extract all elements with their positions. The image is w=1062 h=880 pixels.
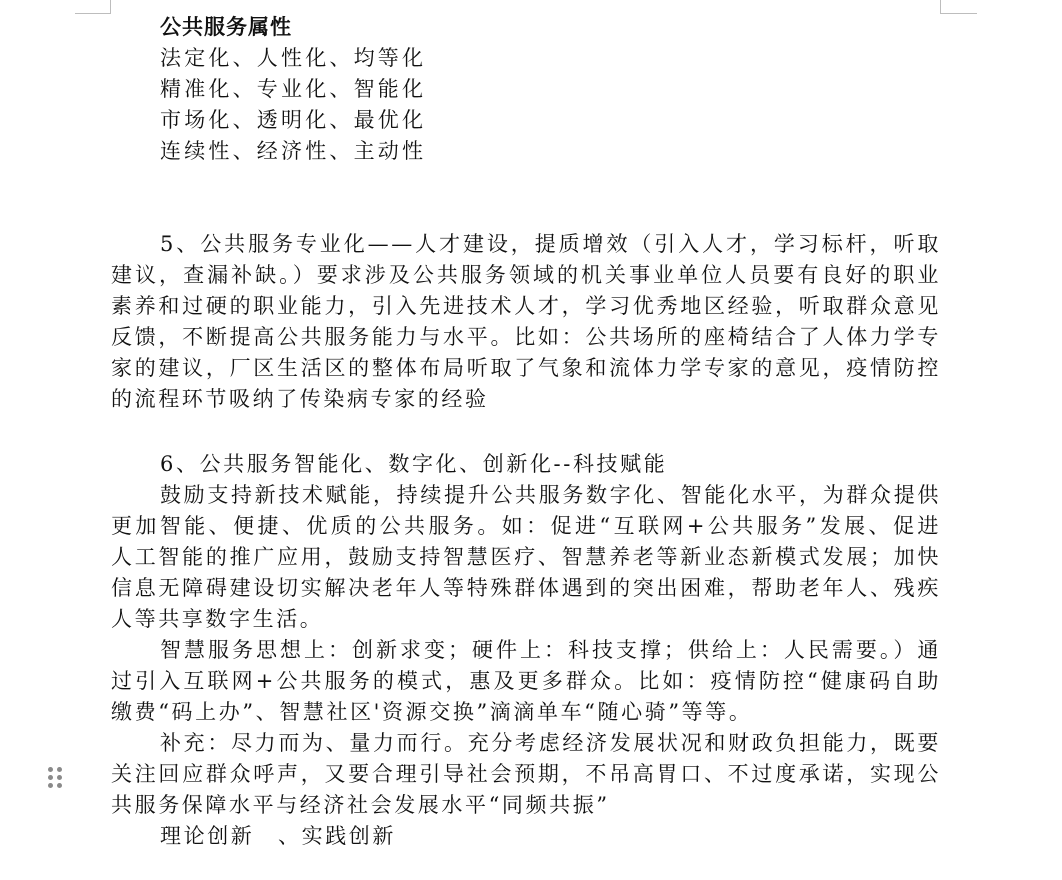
attributes-block: 公共服务属性 法定化、人性化、均等化 精准化、专业化、智能化 市场化、透明化、最… (111, 12, 941, 167)
paragraph-line: 鼓励支持新技术赋能，持续提升公共服务数字化、智能化水平，为群众提供 (111, 480, 941, 511)
paragraph-line: 反馈，不断提高公共服务能力与水平。比如：公共场所的座椅结合了人体力学专 (111, 322, 941, 353)
paragraph-line: 更加智能、便捷、优质的公共服务。如：促进“互联网+公共服务”发展、促进 (111, 511, 941, 542)
attribute-line: 精准化、专业化、智能化 (111, 74, 941, 105)
paragraph-line: 过引入互联网+公共服务的模式，惠及更多群众。比如：疫情防控“健康码自助 (111, 666, 941, 697)
paragraph-line: 的流程环节吸纳了传染病专家的经验 (111, 384, 941, 415)
drag-handle-icon[interactable] (48, 767, 64, 789)
attribute-line: 连续性、经济性、主动性 (111, 136, 941, 167)
section-5-paragraph: 5、公共服务专业化——人才建设，提质增效（引入人才，学习标杆，听取 建议，查漏补… (111, 229, 941, 415)
section-6-paragraph-4: 理论创新 、实践创新 (111, 821, 941, 852)
paragraph-line: 家的建议，厂区生活区的整体布局听取了气象和流体力学专家的意见，疫情防控 (111, 353, 941, 384)
spacer (111, 415, 941, 449)
document-page[interactable]: 公共服务属性 法定化、人性化、均等化 精准化、专业化、智能化 市场化、透明化、最… (111, 12, 941, 852)
paragraph-line: 人工智能的推广应用，鼓励支持智慧医疗、智慧养老等新业态新模式发展；加快 (111, 542, 941, 573)
attribute-line: 市场化、透明化、最优化 (111, 105, 941, 136)
section-6: 6、公共服务智能化、数字化、创新化--科技赋能 鼓励支持新技术赋能，持续提升公共… (111, 449, 941, 852)
paragraph-line: 建议，查漏补缺。）要求涉及公共服务领域的机关事业单位人员要有良好的职业 (111, 260, 941, 291)
page-corner-mark-left (75, 0, 111, 14)
page-corner-mark-right (940, 0, 977, 14)
paragraph-line: 人等共享数字生活。 (111, 604, 941, 635)
spacer (111, 167, 941, 229)
paragraph-line: 补充：尽力而为、量力而行。充分考虑经济发展状况和财政负担能力，既要 (111, 728, 941, 759)
section-6-paragraph-2: 智慧服务思想上：创新求变；硬件上：科技支撑；供给上：人民需要。）通 过引入互联网… (111, 635, 941, 728)
attribute-line: 法定化、人性化、均等化 (111, 43, 941, 74)
paragraph-line: 共服务保障水平与经济社会发展水平“同频共振” (111, 790, 941, 821)
paragraph-line: 智慧服务思想上：创新求变；硬件上：科技支撑；供给上：人民需要。）通 (111, 635, 941, 666)
attributes-heading: 公共服务属性 (111, 12, 941, 43)
section-6-title: 6、公共服务智能化、数字化、创新化--科技赋能 (111, 449, 941, 480)
paragraph-line: 素养和过硬的职业能力，引入先进技术人才，学习优秀地区经验，听取群众意见 (111, 291, 941, 322)
paragraph-line: 信息无障碍建设切实解决老年人等特殊群体遇到的突出困难，帮助老年人、残疾 (111, 573, 941, 604)
section-6-paragraph-1: 鼓励支持新技术赋能，持续提升公共服务数字化、智能化水平，为群众提供 更加智能、便… (111, 480, 941, 635)
paragraph-line: 5、公共服务专业化——人才建设，提质增效（引入人才，学习标杆，听取 (111, 229, 941, 260)
section-6-paragraph-3: 补充：尽力而为、量力而行。充分考虑经济发展状况和财政负担能力，既要 关注回应群众… (111, 728, 941, 821)
paragraph-line: 缴费“码上办”、智慧社区'资源交换”滴滴单车“随心骑”等等。 (111, 697, 941, 728)
paragraph-line: 关注回应群众呼声，又要合理引导社会预期，不吊高胃口、不过度承诺，实现公 (111, 759, 941, 790)
